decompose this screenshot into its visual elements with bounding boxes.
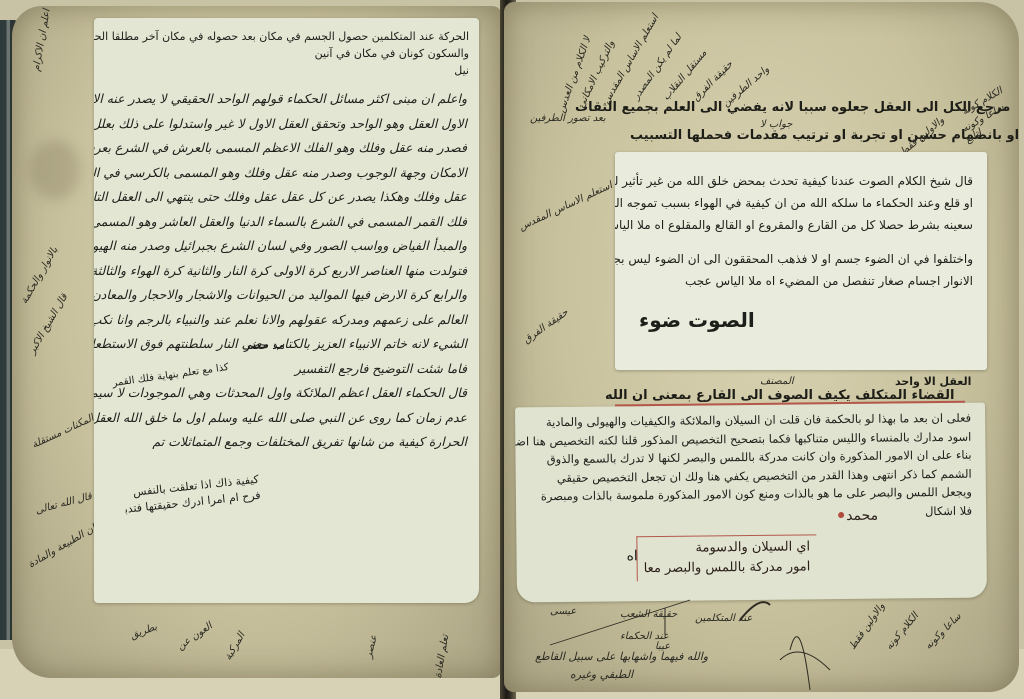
annotation-lines <box>0 0 1024 699</box>
